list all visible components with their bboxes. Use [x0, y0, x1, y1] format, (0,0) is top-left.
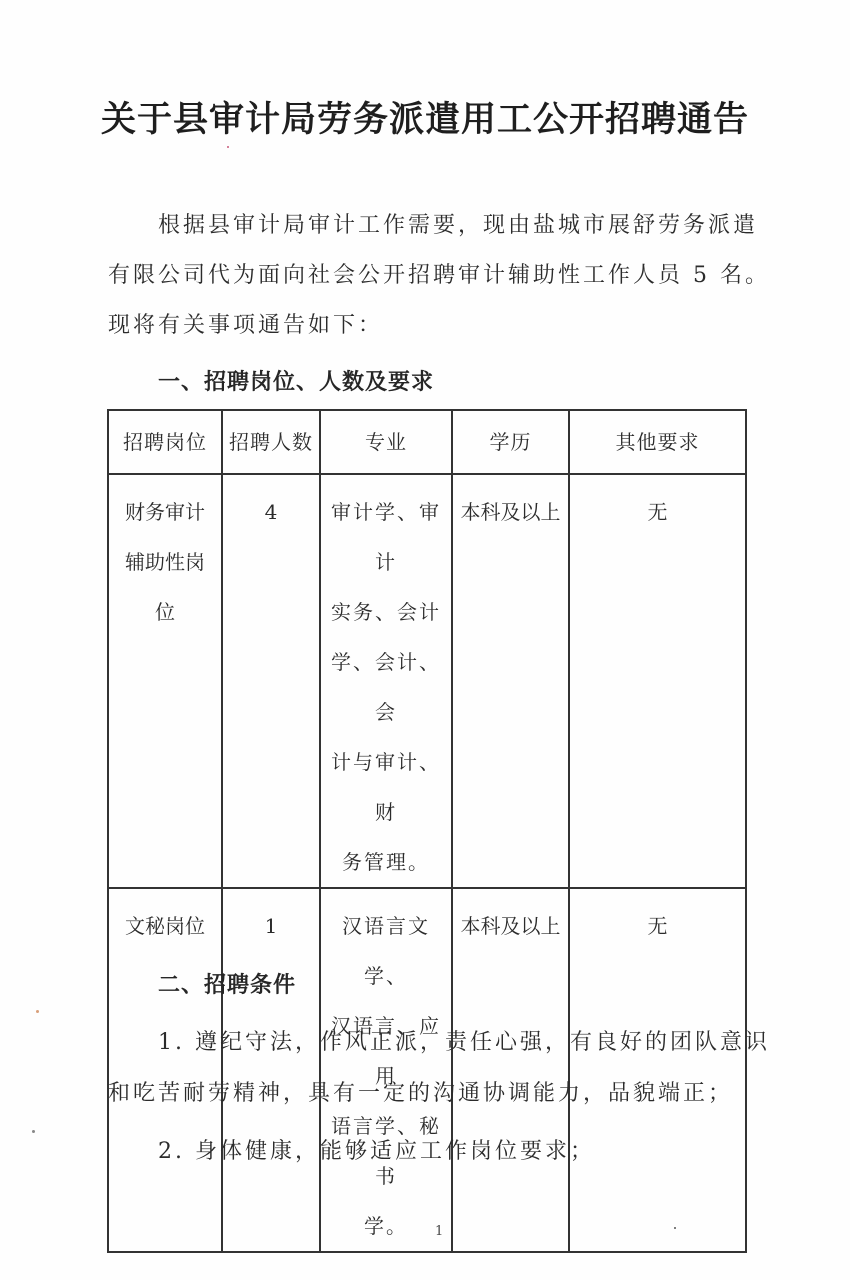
- intro-line-1: 根据县审计局审计工作需要，现由盐城市展舒劳务派遣: [158, 208, 823, 239]
- table-header-row: 招聘岗位 招聘人数 专业 学历 其他要求: [108, 410, 746, 474]
- cell-other: 无: [569, 474, 746, 888]
- condition-line-1: 1. 遵纪守法，作风正派，责任心强，有良好的团队意识: [158, 1025, 823, 1056]
- table-row: 文秘岗位 1 汉语言文学、 汉语言、应用 语言学、秘书 学。 本科及以上 无: [108, 888, 746, 1252]
- header-education: 学历: [452, 410, 569, 474]
- condition-line-3: 2. 身体健康，能够适应工作岗位要求；: [158, 1134, 823, 1165]
- intro-line-3: 现将有关事项通告如下：: [108, 308, 773, 339]
- section2-heading: 二、招聘条件: [158, 968, 296, 999]
- document-title: 关于县审计局劳务派遣用工公开招聘通告: [0, 92, 850, 142]
- cell-other: 无: [569, 888, 746, 1252]
- section1-heading: 一、招聘岗位、人数及要求: [158, 365, 434, 396]
- scan-speck: [674, 1227, 676, 1229]
- cell-education: 本科及以上: [452, 474, 569, 888]
- scan-speck: [227, 146, 229, 148]
- scan-speck: [36, 1010, 39, 1013]
- scan-speck: [32, 1130, 35, 1133]
- cell-count: 1: [222, 888, 320, 1252]
- recruitment-table: 招聘岗位 招聘人数 专业 学历 其他要求 财务审计 辅助性岗 位 4 审计学、审…: [107, 409, 747, 1253]
- cell-education: 本科及以上: [452, 888, 569, 1252]
- page-number: 1: [435, 1224, 443, 1239]
- condition-line-2: 和吃苦耐劳精神，具有一定的沟通协调能力，品貌端正；: [108, 1076, 773, 1107]
- cell-position: 文秘岗位: [108, 888, 222, 1252]
- header-other: 其他要求: [569, 410, 746, 474]
- cell-count: 4: [222, 474, 320, 888]
- intro-line-2: 有限公司代为面向社会公开招聘审计辅助性工作人员 5 名。: [108, 258, 773, 289]
- header-count: 招聘人数: [222, 410, 320, 474]
- cell-position: 财务审计 辅助性岗 位: [108, 474, 222, 888]
- document-page: 关于县审计局劳务派遣用工公开招聘通告 根据县审计局审计工作需要，现由盐城市展舒劳…: [0, 0, 850, 1280]
- cell-major: 审计学、审计 实务、会计 学、会计、会 计与审计、财 务管理。: [320, 474, 452, 888]
- header-major: 专业: [320, 410, 452, 474]
- cell-major: 汉语言文学、 汉语言、应用 语言学、秘书 学。: [320, 888, 452, 1252]
- header-position: 招聘岗位: [108, 410, 222, 474]
- table-row: 财务审计 辅助性岗 位 4 审计学、审计 实务、会计 学、会计、会 计与审计、财…: [108, 474, 746, 888]
